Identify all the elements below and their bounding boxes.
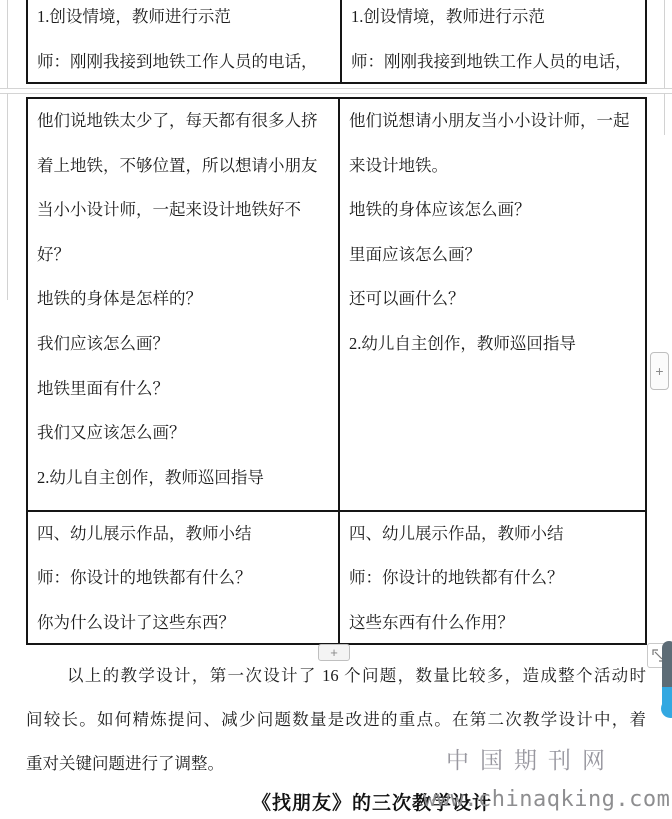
text-line: 地铁里面有什么？ bbox=[37, 367, 329, 412]
text-line: 这些东西有什么作用？ bbox=[349, 601, 636, 643]
table-cell-left[interactable]: 他们说地铁太少了，每天都有很多人挤着上地铁，不够位置，所以想请小朋友当小小设计师… bbox=[28, 99, 338, 510]
text-line: 他们说想请小朋友当小小设计师，一起 bbox=[349, 99, 636, 144]
text-line: 还可以画什么？ bbox=[349, 277, 636, 322]
table-row: 他们说地铁太少了，每天都有很多人挤着上地铁，不够位置，所以想请小朋友当小小设计师… bbox=[28, 99, 645, 510]
text-line: 里面应该怎么画？ bbox=[349, 233, 636, 278]
text-line: 1.创设情境，教师进行示范 bbox=[37, 0, 331, 39]
cell-text: 四、幼儿展示作品，教师小结师：你设计的地铁都有什么？这些东西有什么作用？ bbox=[349, 512, 636, 643]
text-line: 当小小设计师，一起来设计地铁好不 bbox=[37, 188, 329, 233]
document-canvas: 1.创设情境，教师进行示范师：刚刚我接到地铁工作人员的电话， 1.创设情境，教师… bbox=[0, 0, 672, 819]
cell-text: 他们说想请小朋友当小小设计师，一起来设计地铁。地铁的身体应该怎么画？里面应该怎么… bbox=[349, 99, 636, 367]
text-line: 着上地铁，不够位置，所以想请小朋友 bbox=[37, 144, 329, 189]
table-insert-column-button[interactable]: + bbox=[650, 352, 669, 390]
page1-right-boundary bbox=[664, 0, 665, 88]
page-break-line-top bbox=[0, 88, 672, 89]
text-line: 我们又应该怎么画？ bbox=[37, 411, 329, 456]
text-line: 好？ bbox=[37, 233, 329, 278]
table-cell-right[interactable]: 他们说想请小朋友当小小设计师，一起来设计地铁。地铁的身体应该怎么画？里面应该怎么… bbox=[338, 99, 645, 510]
paragraph-line: 间较长。如何精炼提问、减少问题数量是改进的重点。在第二次教学设计中，着 bbox=[26, 698, 646, 742]
text-line: 他们说地铁太少了，每天都有很多人挤 bbox=[37, 99, 329, 144]
page-break-line-bottom bbox=[0, 93, 672, 94]
text-line: 你为什么设计了这些东西？ bbox=[37, 601, 329, 643]
text-line: 四、幼儿展示作品，教师小结 bbox=[349, 512, 636, 556]
cell-text: 他们说地铁太少了，每天都有很多人挤着上地铁，不够位置，所以想请小朋友当小小设计师… bbox=[37, 99, 329, 500]
cell-text: 1.创设情境，教师进行示范师：刚刚我接到地铁工作人员的电话， bbox=[351, 0, 636, 82]
table-cell-right[interactable]: 四、幼儿展示作品，教师小结师：你设计的地铁都有什么？这些东西有什么作用？ bbox=[338, 512, 645, 643]
table-insert-row-button[interactable]: + bbox=[318, 644, 350, 661]
page2-left-boundary bbox=[7, 93, 8, 300]
text-line: 四、幼儿展示作品，教师小结 bbox=[37, 512, 329, 556]
text-line: 2.幼儿自主创作，教师巡回指导 bbox=[349, 322, 636, 367]
cell-text: 四、幼儿展示作品，教师小结师：你设计的地铁都有什么？你为什么设计了这些东西？ bbox=[37, 512, 329, 643]
watermark-site-name: 中国期刊网 bbox=[446, 742, 616, 775]
text-line: 师：刚刚我接到地铁工作人员的电话， bbox=[351, 39, 636, 82]
text-line: 2.幼儿自主创作，教师巡回指导 bbox=[37, 456, 329, 501]
text-line: 师：刚刚我接到地铁工作人员的电话， bbox=[37, 39, 331, 82]
watermark-site-url: www.chinaqking.com bbox=[423, 787, 670, 812]
table-cell-left[interactable]: 四、幼儿展示作品，教师小结师：你设计的地铁都有什么？你为什么设计了这些东西？ bbox=[28, 512, 338, 643]
thermometer-icon[interactable] bbox=[662, 641, 672, 721]
thermometer-bulb bbox=[661, 699, 672, 718]
text-line: 我们应该怎么画？ bbox=[37, 322, 329, 367]
comparison-table-main: 他们说地铁太少了，每天都有很多人挤着上地铁，不够位置，所以想请小朋友当小小设计师… bbox=[26, 97, 647, 645]
text-line: 来设计地铁。 bbox=[349, 144, 636, 189]
page1-left-boundary bbox=[7, 0, 8, 88]
table-row: 四、幼儿展示作品，教师小结师：你设计的地铁都有什么？你为什么设计了这些东西？ 四… bbox=[28, 510, 645, 643]
table-cell-right[interactable]: 1.创设情境，教师进行示范师：刚刚我接到地铁工作人员的电话， bbox=[340, 0, 645, 82]
text-line: 1.创设情境，教师进行示范 bbox=[351, 0, 636, 39]
page2-right-boundary bbox=[664, 93, 665, 135]
table-cell-left[interactable]: 1.创设情境，教师进行示范师：刚刚我接到地铁工作人员的电话， bbox=[28, 0, 340, 82]
text-line: 师：你设计的地铁都有什么？ bbox=[37, 556, 329, 600]
text-line: 师：你设计的地铁都有什么？ bbox=[349, 556, 636, 600]
text-line: 地铁的身体是怎样的？ bbox=[37, 277, 329, 322]
text-line: 地铁的身体应该怎么画？ bbox=[349, 188, 636, 233]
comparison-table-top-fragment: 1.创设情境，教师进行示范师：刚刚我接到地铁工作人员的电话， 1.创设情境，教师… bbox=[26, 0, 647, 84]
cell-text: 1.创设情境，教师进行示范师：刚刚我接到地铁工作人员的电话， bbox=[37, 0, 331, 82]
